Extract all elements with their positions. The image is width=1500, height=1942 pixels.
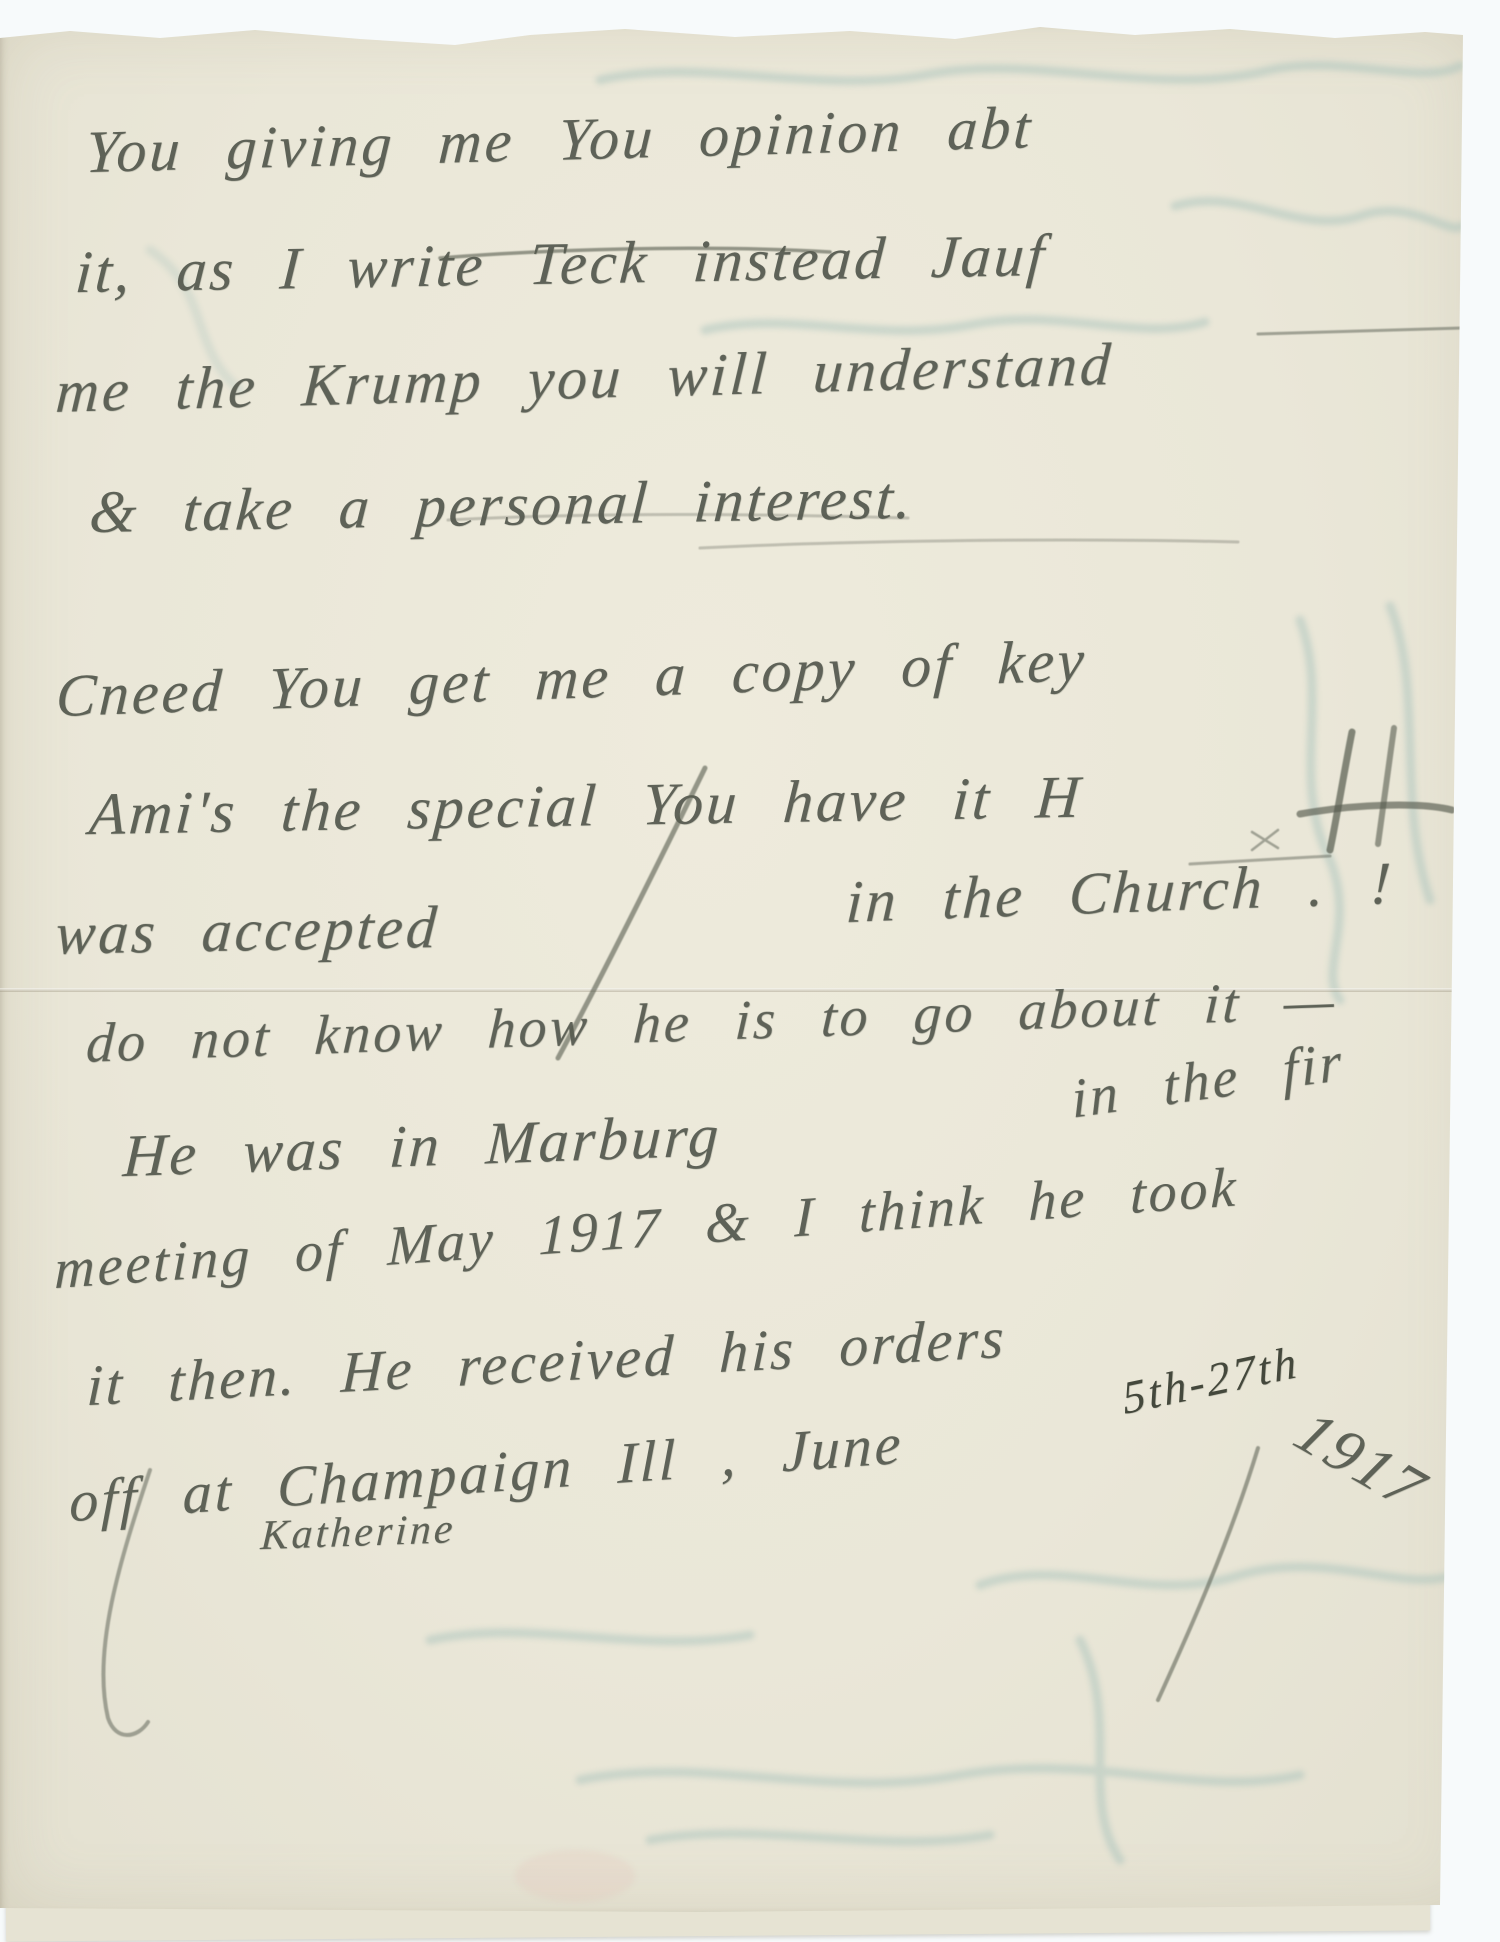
pencil-mark-faint-rule: [700, 540, 1238, 548]
ghost-script-stroke: [580, 1768, 1300, 1782]
pencil-mark-bold-tail: [1300, 805, 1452, 814]
pencil-mark-bold-h: [1330, 732, 1352, 850]
pencil-mark-bold-h: [1378, 728, 1394, 844]
letter-page: You giving me You opinion abt it, as I w…: [0, 26, 1476, 1912]
ghost-script-stroke: [650, 1834, 990, 1842]
ghost-script-stroke: [705, 320, 1205, 331]
ghost-script-stroke: [1300, 620, 1340, 1000]
pencil-mark-flourish: [1158, 1448, 1258, 1700]
handwriting-line-2: it, as I write Teck instead Jauf: [73, 221, 1049, 307]
ghost-script-stroke: [1080, 1640, 1120, 1860]
pink-smudge: [515, 1850, 635, 1902]
handwriting-year: 1917: [1281, 1398, 1440, 1524]
date-superscript: 5th-27th: [1120, 1335, 1302, 1425]
handwriting-line-9b: in the fir: [1070, 1030, 1346, 1132]
handwriting-line-12: off at Champaign Ill , June: [69, 1410, 904, 1536]
handwriting-line-5: Cneed You get me a copy of key: [54, 626, 1088, 731]
ghost-script-stroke: [1390, 606, 1430, 900]
pencil-marks-layer: [0, 26, 1476, 1912]
ghost-script-stroke: [980, 1567, 1462, 1585]
handwriting-line-4: & take a personal interest.: [87, 464, 916, 547]
ghost-script-stroke: [1175, 201, 1462, 228]
handwriting-line-1: You giving me You opinion abt: [84, 93, 1036, 187]
handwriting-line-11: it then. He received his orders: [86, 1304, 1008, 1419]
bleed-through-layer: [0, 26, 1476, 1912]
handwriting-line-9a: He was in Marburg: [121, 1101, 723, 1191]
name-insertion: Katherine: [259, 1505, 456, 1560]
handwriting-line-3: me the Krump you will understand: [54, 330, 1115, 427]
handwriting-line-7b: in the Church . !: [844, 849, 1395, 937]
ghost-script-stroke: [600, 65, 1460, 81]
pencil-mark-small-x: [1252, 830, 1278, 850]
ghost-script-stroke: [430, 1633, 750, 1641]
handwriting-line-6: Ami's the special You have it H: [87, 763, 1085, 849]
pencil-mark-overline: [1258, 328, 1462, 334]
scan-background: You giving me You opinion abt it, as I w…: [0, 0, 1500, 1942]
handwriting-line-7a: was accepted: [53, 893, 441, 969]
